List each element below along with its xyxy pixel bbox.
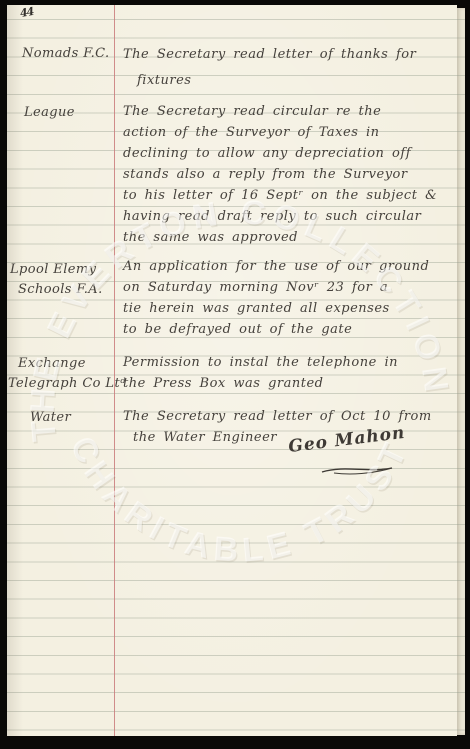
page-corner-mark: 44 — [19, 5, 34, 20]
handwritten-line: having read draft reply to such circular — [123, 206, 437, 227]
entry-label-line: Exchange — [18, 354, 126, 374]
entry-label-line: League — [24, 103, 75, 123]
entry-label-line: Lpool Elemy — [10, 260, 103, 280]
entry-margin-label: Water — [30, 408, 71, 428]
handwritten-line: the same was approved — [123, 227, 437, 248]
entry-body: The Secretary read circular re the actio… — [123, 101, 437, 248]
entry-margin-label: Nomads F.C. — [22, 44, 110, 64]
handwritten-line: The Secretary read letter of thanks for — [123, 42, 416, 68]
entry-margin-label: Exchange Telegraph Co Ltᵈ — [8, 354, 126, 394]
handwritten-line: to his letter of 16 Septʳ on the subject… — [123, 185, 437, 206]
entry-margin-label: League — [24, 103, 75, 123]
handwritten-line: declining to allow any depreciation off — [123, 143, 437, 164]
entry-body: The Secretary read letter of thanks for … — [123, 42, 416, 94]
entry-margin-label: Lpool Elemy Schools F.A. — [10, 260, 103, 300]
signature-block: Geo Mahon — [288, 428, 438, 480]
handwritten-line: Permission to instal the telephone in — [123, 352, 398, 373]
entry-body: Permission to instal the telephone in th… — [123, 352, 398, 394]
entry-label-line: Nomads F.C. — [22, 44, 110, 64]
handwritten-line: on Saturday morning Novʳ 23 for a — [123, 277, 429, 298]
handwritten-line: The Secretary read letter of Oct 10 from — [123, 406, 432, 427]
handwritten-line: An application for the use of our ground — [123, 256, 429, 277]
handwritten-line: fixtures — [137, 68, 416, 94]
entry-label-line: Schools F.A. — [18, 280, 103, 300]
entry-body: An application for the use of our ground… — [123, 256, 429, 340]
entry-label-line: Telegraph Co Ltᵈ — [8, 374, 126, 394]
handwritten-line: stands also a reply from the Surveyor — [123, 164, 437, 185]
entry-label-line: Water — [30, 408, 71, 428]
handwritten-line: tie herein was granted all expenses — [123, 298, 429, 319]
minute-book-photo: 44 Nomads F.C. The Secretary read letter… — [0, 0, 470, 749]
handwritten-line: action of the Surveyor of Taxes in — [123, 122, 437, 143]
handwritten-line: the Press Box was granted — [123, 373, 398, 394]
handwritten-line: to be defrayed out of the gate — [123, 319, 429, 340]
signature-flourish — [320, 462, 400, 478]
handwritten-line: The Secretary read circular re the — [123, 101, 437, 122]
